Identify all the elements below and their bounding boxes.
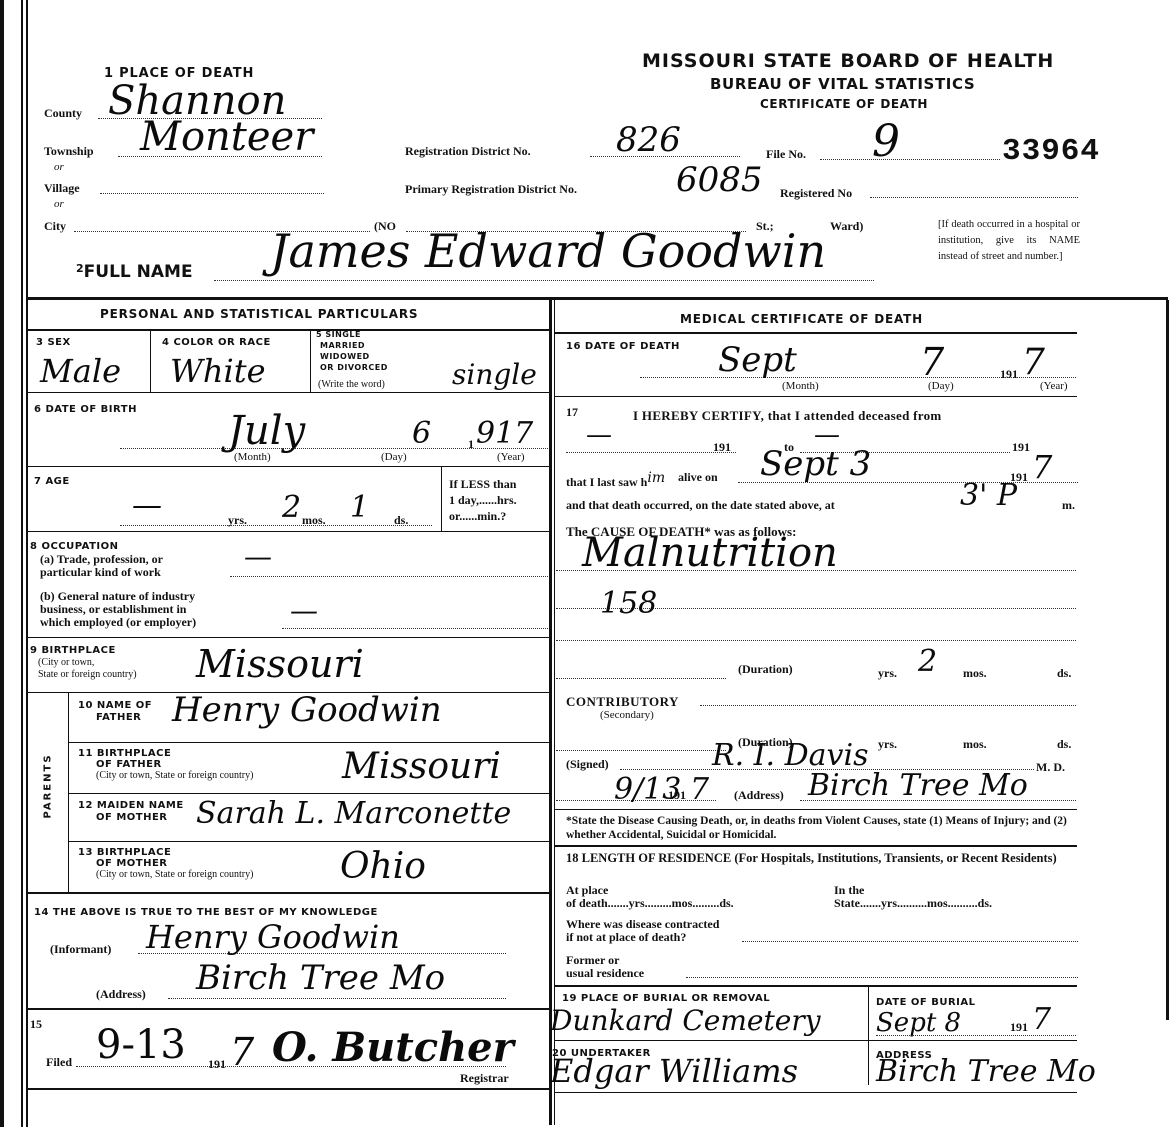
father-birthplace-label: 11 BIRTHPLACE OF FATHER (City or town, S… — [78, 748, 253, 781]
burial-place-value: Dunkard Cemetery — [550, 1004, 821, 1037]
full-name-text: FULL NAME — [84, 262, 193, 282]
contracted-label: Where was disease contracted if not at p… — [566, 918, 719, 944]
mother-birthplace-hint: (City or town, State or foreign country) — [78, 869, 253, 880]
dob-day: 6 — [412, 416, 431, 451]
cause-of-death-value: Malnutrition — [582, 530, 838, 576]
sex-value: Male — [40, 352, 121, 390]
physician-address: Birch Tree Mo — [808, 768, 1028, 803]
occupation-b-value: — — [290, 594, 318, 627]
center-divider-2 — [554, 297, 555, 1125]
dob-day-hint: (Day) — [381, 451, 407, 463]
last-saw-label: that I last saw him — [566, 470, 665, 490]
frame-right — [1166, 300, 1169, 1020]
attended-from-line — [566, 452, 736, 453]
dob-year-prefix: 1 — [468, 437, 474, 452]
last-saw-pronoun: im — [647, 470, 665, 486]
occupation-a-line: particular kind of work — [40, 566, 163, 579]
township-label: Township — [44, 144, 94, 159]
or-label-2: or — [54, 198, 64, 210]
full-name-line — [214, 280, 874, 281]
duration-mos-label: mos. — [963, 666, 987, 681]
parents-divider — [68, 692, 69, 892]
date-of-death-day: 7 — [920, 340, 944, 384]
age-years: — — [132, 488, 162, 523]
former-residence-line: usual residence — [566, 967, 644, 980]
county-label: County — [44, 106, 82, 121]
less-than-line: or......min.? — [449, 508, 517, 524]
at-place-line: of death.......yrs.........mos.........d… — [566, 897, 734, 910]
ward-label: Ward) — [830, 219, 863, 234]
marital-hint: (Write the word) — [318, 379, 385, 390]
row-rule-bottom-left — [26, 1088, 550, 1090]
row-rule-informant — [26, 892, 550, 894]
cause-footnote: *State the Disease Causing Death, or, in… — [566, 814, 1078, 842]
at-place-label: At place of death.......yrs.........mos.… — [566, 884, 734, 910]
birthplace-hint-line: (City or town, — [38, 657, 137, 669]
contrib-duration-line — [556, 750, 726, 751]
alive-on-label: alive on — [678, 470, 718, 485]
row-rule-mother — [68, 793, 550, 794]
race-value: White — [170, 352, 266, 390]
board-title: MISSOURI STATE BOARD OF HEALTH — [642, 50, 1054, 72]
burial-year-prefix: 191 — [1010, 1020, 1028, 1035]
row-rule-father-bp — [68, 742, 550, 743]
age-label: 7 AGE — [34, 476, 70, 488]
contributory-line — [700, 705, 1076, 706]
in-state-label: In the State.......yrs..........mos.....… — [834, 884, 992, 910]
parents-vertical-label: PARENTS — [43, 753, 55, 818]
signed-year: 7 — [690, 772, 709, 807]
contrib-mos-label: mos. — [963, 737, 987, 752]
age-yrs-label: yrs. — [228, 513, 247, 528]
age-line — [120, 525, 432, 526]
marital-label: 5 SINGLE MARRIED WIDOWED OR DIVORCED — [316, 329, 388, 373]
attended-from-year: 191 — [713, 440, 731, 455]
village-line — [100, 193, 324, 194]
less-than-note: If LESS than 1 day,......hrs. or......mi… — [449, 476, 517, 524]
mother-birthplace-line: OF MOTHER — [78, 858, 253, 869]
row-rule-age — [26, 466, 550, 467]
contrib-ds-label: ds. — [1057, 737, 1071, 752]
mother-label-line: 12 MAIDEN NAME — [78, 800, 184, 812]
cause-line-3 — [556, 640, 1076, 641]
mother-birthplace-label: 13 BIRTHPLACE OF MOTHER (City or town, S… — [78, 847, 253, 880]
township-value: Monteer — [140, 114, 313, 160]
personal-title-rule — [26, 329, 550, 331]
hospital-note: [If death occurred in a hospital or inst… — [938, 217, 1080, 265]
left-margin-border — [0, 0, 4, 1127]
medical-title-rule — [555, 332, 1077, 334]
duration-yrs-label: yrs. — [878, 666, 897, 681]
marital-label-line: 5 SINGLE — [316, 329, 388, 340]
undertaker-top-rule — [555, 1040, 1077, 1041]
full-name-value: James Edward Goodwin — [270, 224, 826, 278]
burial-year: 7 — [1032, 1002, 1051, 1037]
document-type: CERTIFICATE OF DEATH — [760, 97, 928, 111]
file-no-value: 9 — [872, 116, 900, 167]
dob-year: 917 — [476, 416, 533, 451]
attended-from-value: — — [586, 420, 612, 450]
birthplace-value: Missouri — [196, 642, 364, 686]
or-label-1: or — [54, 161, 64, 173]
contrib-yrs-label: yrs. — [878, 737, 897, 752]
medical-section-title: MEDICAL CERTIFICATE OF DEATH — [680, 312, 923, 326]
registered-no-label: Registered No — [780, 186, 852, 201]
registration-district-value: 826 — [616, 120, 681, 160]
row-rule-birthplace — [26, 637, 550, 638]
marital-label-line: WIDOWED — [316, 351, 388, 362]
last-saw-text: that I last saw h — [566, 475, 647, 489]
sex-race-divider — [150, 330, 151, 392]
mother-label-line: OF MOTHER — [78, 812, 184, 824]
in-state-line: State.......yrs..........mos..........ds… — [834, 897, 992, 910]
father-label: 10 NAME OF FATHER — [78, 700, 152, 724]
full-name-label: 2FULL NAME — [76, 262, 193, 282]
primary-district-label: Primary Registration District No. — [405, 182, 577, 197]
registration-district-label: Registration District No. — [405, 144, 531, 159]
mother-birthplace-line: 13 BIRTHPLACE — [78, 847, 253, 858]
race-label: 4 COLOR OR RACE — [162, 337, 271, 349]
secondary-hint: (Secondary) — [600, 709, 654, 721]
occupation-a-label: (a) Trade, profession, or particular kin… — [40, 553, 163, 579]
duration-months: 2 — [918, 644, 937, 679]
last-saw-year: 7 — [1032, 448, 1052, 486]
row-rule-occupation — [26, 531, 550, 532]
contracted-dots — [742, 941, 1078, 942]
age-ds-label: ds. — [394, 513, 408, 528]
father-birthplace-hint: (City or town, State or foreign country) — [78, 770, 253, 781]
md-label: M. D. — [1036, 760, 1065, 775]
marital-label-line: MARRIED — [316, 340, 388, 351]
residence-label: 18 LENGTH OF RESIDENCE (For Hospitals, I… — [566, 851, 1076, 865]
bottom-rule-right — [555, 1092, 1077, 1093]
date-of-death-year-prefix: 191 — [1000, 367, 1018, 382]
mother-value: Sarah L. Marconette — [196, 796, 511, 831]
row-rule-mother-bp — [68, 841, 550, 842]
attended-to-year: 191 — [1012, 440, 1030, 455]
occupation-b-line: which employed (or employer) — [40, 616, 196, 629]
physician-address-label: (Address) — [734, 788, 784, 803]
date-of-death-label: 16 DATE OF DEATH — [566, 341, 680, 353]
age-mos-label: mos. — [302, 513, 326, 528]
contracted-line: if not at place of death? — [566, 931, 719, 944]
less-than-divider — [441, 466, 442, 531]
informant-label: (Informant) — [50, 942, 111, 957]
duration-label: (Duration) — [738, 662, 793, 677]
birthplace-hint: (City or town, State or foreign country) — [38, 657, 137, 681]
frame-left-outer — [21, 0, 23, 1127]
burial-divider — [868, 985, 869, 1085]
father-label-line: 10 NAME OF — [78, 700, 152, 712]
filed-label: Filed — [46, 1055, 72, 1070]
certify-num: 17 — [566, 405, 578, 420]
footnote-bottom-rule — [555, 845, 1077, 847]
filed-year-prefix: 191 — [208, 1057, 226, 1072]
primary-district-value: 6085 — [676, 160, 763, 200]
mother-label: 12 MAIDEN NAME OF MOTHER — [78, 800, 184, 824]
full-name-num: 2 — [76, 262, 84, 275]
time-m-label: m. — [1062, 498, 1075, 513]
duration-line — [556, 678, 726, 679]
city-label: City — [44, 219, 66, 234]
row-rule-certify — [555, 396, 1077, 397]
registrar-signature: O. Butcher — [272, 1024, 514, 1071]
personal-section-title: PERSONAL AND STATISTICAL PARTICULARS — [100, 307, 418, 321]
duration-ds-label: ds. — [1057, 666, 1071, 681]
race-marital-divider — [310, 330, 311, 392]
age-days: 1 — [350, 490, 369, 525]
undertaker-value: Edgar Williams — [550, 1052, 798, 1090]
occupation-a-value: — — [244, 540, 272, 573]
last-saw-date: Sept 3 — [760, 444, 871, 484]
less-than-line: If LESS than — [449, 476, 517, 492]
filed-date: 9-13 — [96, 1022, 186, 1068]
informant-address-label: (Address) — [96, 987, 146, 1002]
father-birthplace-value: Missouri — [342, 746, 501, 787]
dod-month-hint: (Month) — [782, 380, 819, 392]
mother-birthplace-value: Ohio — [340, 846, 426, 887]
sex-label: 3 SEX — [36, 337, 71, 349]
dod-year-hint: (Year) — [1040, 380, 1068, 392]
time-of-death: 3' P — [960, 478, 1017, 513]
birthplace-hint-line: State or foreign country) — [38, 669, 137, 681]
center-divider — [549, 297, 552, 1125]
file-no-label: File No. — [766, 147, 806, 162]
village-label: Village — [44, 181, 80, 196]
father-label-line: FATHER — [78, 712, 152, 724]
less-than-line: 1 day,......hrs. — [449, 492, 517, 508]
father-value: Henry Goodwin — [172, 690, 442, 730]
occupation-b-label: (b) General nature of industry business,… — [40, 590, 196, 629]
father-birthplace-line: OF FATHER — [78, 759, 253, 770]
birthplace-label: 9 BIRTHPLACE — [30, 645, 116, 657]
dob-label: 6 DATE OF BIRTH — [34, 404, 137, 416]
stamp-number: 33964 — [1002, 134, 1100, 169]
occupation-a-line — [230, 576, 548, 577]
row-rule-dob — [26, 392, 550, 393]
occupation-b-line — [282, 628, 548, 629]
registered-no-line — [870, 197, 1078, 198]
filed-num: 15 — [30, 1017, 42, 1032]
burial-date-value: Sept 8 — [876, 1008, 961, 1038]
file-no-line — [820, 159, 1000, 160]
informant-address-value: Birch Tree Mo — [196, 958, 445, 998]
father-birthplace-line: 11 BIRTHPLACE — [78, 748, 253, 759]
informant-value: Henry Goodwin — [146, 918, 400, 956]
main-top-rule — [26, 297, 1168, 300]
age-months: 2 — [282, 490, 301, 525]
informant-address-line — [168, 998, 506, 999]
undertaker-address-value: Birch Tree Mo — [876, 1054, 1096, 1089]
footnote-top-rule — [555, 809, 1077, 810]
death-occurred-text: and that death occurred, on the date sta… — [566, 498, 835, 513]
frame-left-inner — [26, 0, 28, 1127]
row-rule-filed — [26, 1008, 550, 1010]
signed-label: (Signed) — [566, 757, 609, 772]
date-of-death-year: 7 — [1022, 342, 1045, 383]
former-residence-label: Former or usual residence — [566, 954, 644, 980]
contributory-label: CONTRIBUTORY — [566, 694, 679, 710]
marital-label-line: OR DIVORCED — [316, 362, 388, 373]
burial-top-rule — [555, 985, 1077, 987]
bureau-title: BUREAU OF VITAL STATISTICS — [710, 75, 975, 93]
registrar-label: Registrar — [460, 1071, 509, 1086]
dob-month: July — [228, 408, 305, 454]
marital-value: single — [452, 358, 537, 391]
signed-year-prefix: 191 — [668, 788, 686, 803]
dod-day-hint: (Day) — [928, 380, 954, 392]
dob-month-hint: (Month) — [234, 451, 271, 463]
filed-year: 7 — [230, 1030, 254, 1074]
former-residence-dots — [686, 977, 1078, 978]
date-of-death-month: Sept — [718, 340, 797, 380]
dob-year-hint: (Year) — [497, 451, 525, 463]
cause-code: 158 — [600, 586, 657, 621]
certify-text: I HEREBY CERTIFY, that I attended deceas… — [633, 408, 942, 424]
